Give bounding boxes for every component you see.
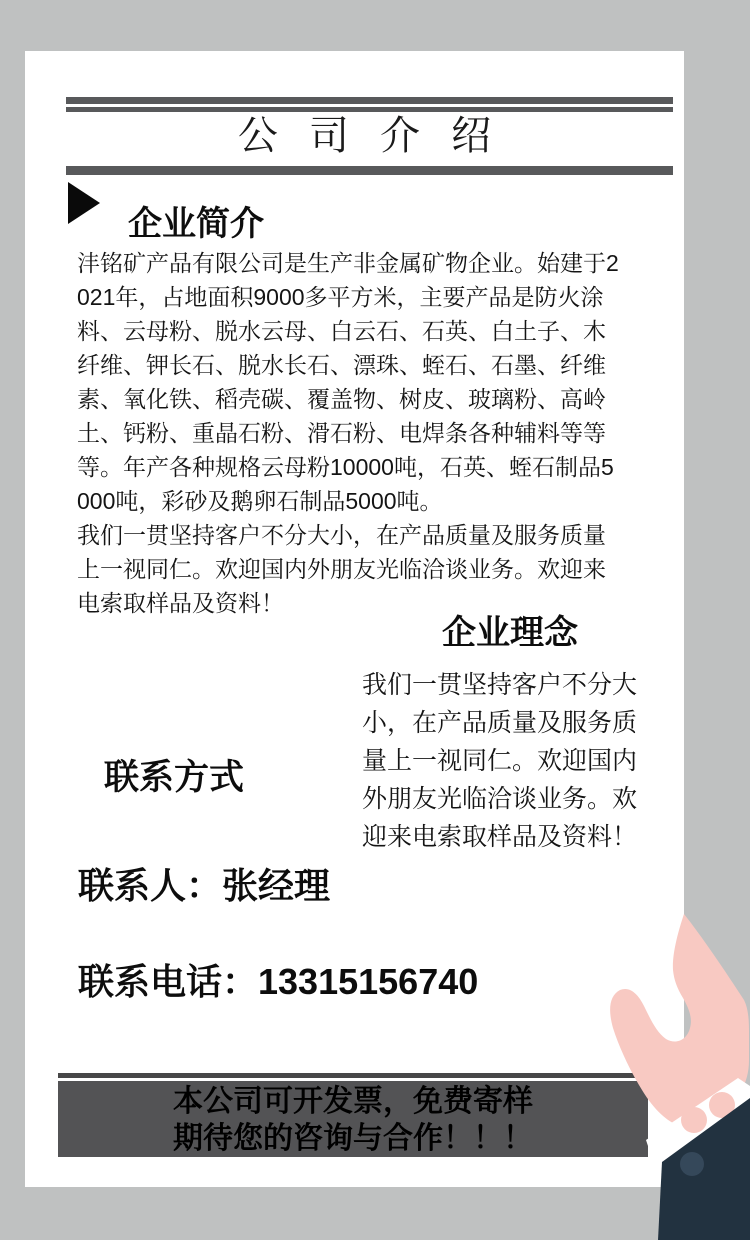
page-title: 公 司 介 绍 — [66, 110, 673, 162]
poster-canvas: 公 司 介 绍 企业简介 沣铭矿产品有限公司是生产非金属矿物企业。始建于2021… — [0, 0, 750, 1240]
contact-phone-label: 联系电话： — [78, 961, 258, 1002]
hand-holding-paper-illustration — [580, 900, 750, 1240]
profile-paragraph-1: 沣铭矿产品有限公司是生产非金属矿物企业。始建于2021年，占地面积9000多平方… — [77, 246, 623, 518]
finger-knuckle-left — [681, 1107, 707, 1133]
triangle-bullet-icon — [68, 182, 100, 224]
contact-section-heading: 联系方式 — [104, 750, 244, 800]
philosophy-heading: 企业理念 — [360, 605, 660, 654]
profile-section-heading: 企业简介 — [128, 196, 264, 245]
banner-line-2: 期待您的咨询与合作！！！ — [58, 1120, 648, 1157]
contact-phone-line: 联系电话：13315156740 — [78, 954, 478, 1005]
contact-phone-number: 13315156740 — [258, 961, 478, 1002]
contact-person-name: 张经理 — [222, 865, 330, 906]
banner-top-rule — [58, 1073, 648, 1078]
footer-banner: 本公司可开发票，免费寄样 期待您的咨询与合作！！！ — [58, 1081, 648, 1157]
banner-line-1: 本公司可开发票，免费寄样 — [58, 1083, 648, 1120]
top-double-rule-upper — [66, 97, 673, 104]
contact-person-line: 联系人：张经理 — [78, 858, 330, 909]
title-underline-rule — [66, 166, 673, 175]
philosophy-section: 企业理念 我们一贯坚持客户不分大小，在产品质量及服务质量上一视同仁。欢迎国内外朋… — [360, 605, 660, 856]
contact-person-label: 联系人： — [78, 865, 222, 906]
philosophy-body: 我们一贯坚持客户不分大小，在产品质量及服务质量上一视同仁。欢迎国内外朋友光临洽谈… — [362, 666, 660, 856]
profile-body: 沣铭矿产品有限公司是生产非金属矿物企业。始建于2021年，占地面积9000多平方… — [77, 246, 623, 620]
sleeve-button-icon — [680, 1152, 704, 1176]
